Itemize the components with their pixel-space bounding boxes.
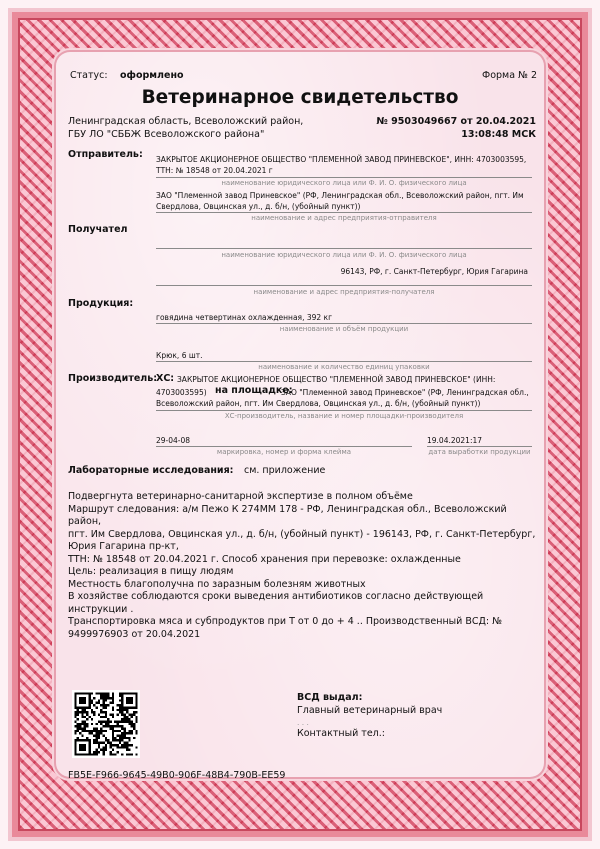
producer-site-value-line3: Всеволожский район, пгт. Им Свердлова, О… (156, 399, 480, 408)
note-line: ТТН: № 18548 от 20.04.2021 г. Способ хра… (68, 554, 538, 567)
issued-by-position: Главный ветеринарный врач (297, 705, 442, 716)
contact-phone-label: Контактный тел.: (297, 728, 385, 739)
divider (156, 248, 532, 249)
sender-enterprise-line1: ЗАО "Племенной завод Приневское" (РФ, Ле… (156, 191, 524, 200)
production-date-value: 19.04.2021:17 (427, 436, 482, 445)
recipient-address-caption: наименование и адрес предприятия-получат… (156, 288, 532, 296)
product-label: Продукция: (68, 298, 133, 309)
recipient-name-caption: наименование юридического лица или Ф. И.… (156, 251, 532, 259)
divider (427, 446, 532, 447)
note-line: Местность благополучна по заразным болез… (68, 579, 538, 592)
document-title: Ветеринарное свидетельство (56, 87, 544, 108)
note-line: Юрия Гагарина пр-кт, (68, 541, 538, 554)
issued-by-name: . . . (297, 718, 309, 727)
divider (156, 285, 532, 286)
document-uuid: FB5E-F966-9645-49B0-906F-48B4-790B-EE59 (68, 770, 285, 781)
note-line: В хозяйстве соблюдаются сроки выведения … (68, 591, 538, 616)
issuer-region: Ленинградская область, Всеволожский райо… (68, 116, 303, 127)
qr-code-icon (72, 690, 140, 758)
producer-caption: ХС-производитель, название и номер площа… (156, 412, 532, 420)
note-line: Транспортировка мяса и субпродуктов при … (68, 616, 538, 629)
producer-xs-value-line1: ЗАКРЫТОЕ АКЦИОНЕРНОЕ ОБЩЕСТВО "ПЛЕМЕННОЙ… (177, 375, 495, 384)
issued-by-label: ВСД выдал: (297, 692, 362, 703)
status-label: Статус: (70, 70, 108, 81)
recipient-address-value: 96143, РФ, г. Санкт-Петербург, Юрия Гага… (341, 267, 528, 276)
notes-block: Подвергнута ветеринарно-санитарной экспе… (68, 491, 538, 641)
form-number: Форма № 2 (482, 70, 537, 81)
divider (156, 361, 532, 362)
sender-enterprise-caption: наименование и адрес предприятия-отправи… (156, 214, 532, 222)
document-time: 13:08:48 МСК (461, 129, 536, 140)
status-value: оформлено (120, 70, 184, 81)
sender-name-caption: наименование юридического лица или Ф. И.… (156, 179, 532, 187)
producer-xs-label: ХС: (156, 373, 174, 384)
divider (156, 410, 532, 411)
producer-xs-value-line2: 4703003595) (156, 388, 207, 397)
product-name-caption: наименование и объём продукции (156, 325, 532, 333)
note-line: Маршрут следования: а/м Пежо К 274ММ 178… (68, 504, 538, 529)
producer-label: Производитель: (68, 373, 157, 384)
document-number: № 9503049667 от 20.04.2021 (376, 116, 536, 127)
note-line: 9499976903 от 20.04.2021 (68, 629, 538, 642)
sender-name-line2: ТТН: № 18548 от 20.04.2021 г (156, 166, 273, 175)
recipient-label: Получател (68, 224, 127, 235)
packaging-value: Крюк, 6 шт. (156, 351, 202, 360)
packaging-caption: наименование и количество единиц упаковк… (156, 363, 532, 371)
marking-value: 29-04-08 (156, 436, 190, 445)
sender-label: Отправитель: (68, 149, 143, 160)
divider (156, 177, 532, 178)
note-line: Подвергнута ветеринарно-санитарной экспе… (68, 491, 538, 504)
note-line: пгт. Им Свердлова, Овцинская ул., д. б/н… (68, 529, 538, 542)
divider (156, 446, 412, 447)
producer-site-value-line2: ЗАО "Племенной завод Приневское" (РФ, Ле… (281, 388, 529, 397)
product-name-value: говядина четвертинах охлажденная, 392 кг (156, 313, 332, 322)
lab-label: Лабораторные исследования: (68, 465, 233, 476)
divider (156, 323, 532, 324)
marking-caption: маркировка, номер и форма клейма (156, 448, 412, 456)
issuer-organization: ГБУ ЛО "СББЖ Всеволожского района" (68, 129, 264, 140)
note-line: Цель: реализация в пищу людям (68, 566, 538, 579)
sender-enterprise-line2: Свердлова, Овцинская ул., д. б/н, (убойн… (156, 202, 360, 211)
sender-name-line1: ЗАКРЫТОЕ АКЦИОНЕРНОЕ ОБЩЕСТВО "ПЛЕМЕННОЙ… (156, 155, 526, 164)
production-date-caption: дата выработки продукции (427, 448, 532, 456)
divider (156, 212, 532, 213)
lab-value: см. приложение (244, 465, 325, 476)
